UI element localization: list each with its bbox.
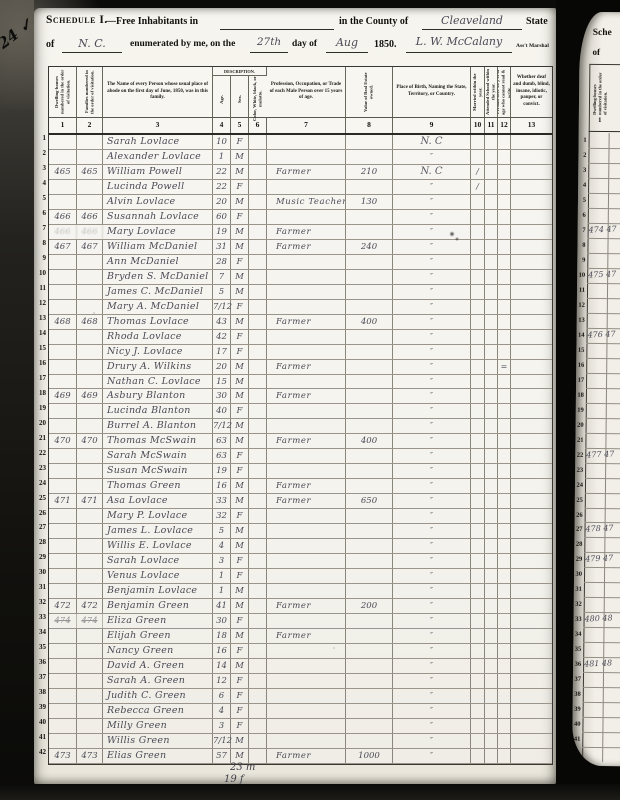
adjacent-margin-number-3: 3 [578, 167, 586, 174]
margin-row-number-24: 24 [34, 479, 46, 487]
census-row-38: Judith C. Green6F″ [49, 689, 552, 704]
dwelling-no [49, 509, 77, 523]
dwelling-no: 470 [49, 434, 77, 448]
margin-row-number-36: 36 [34, 658, 46, 666]
color-value [249, 494, 267, 508]
person-name: Sarah Lovlace [103, 554, 213, 568]
tally-males: 23 m [230, 762, 255, 773]
birthplace-value: ″ [393, 659, 471, 673]
adjacent-margin-number-38: 38 [573, 691, 581, 698]
occupation-value [267, 300, 346, 314]
adjacent-margin-number-29: 29 [574, 556, 582, 563]
occupation-value [267, 150, 346, 164]
birthplace-value: ″ [393, 734, 471, 748]
sex-value: M [231, 195, 249, 209]
color-value [249, 434, 267, 448]
margin-row-number-29: 29 [34, 553, 46, 561]
column-number-7: 7 [267, 118, 346, 133]
married-mark [471, 255, 485, 269]
adjacent-margin-number-11: 11 [577, 287, 585, 294]
remarks-value [511, 464, 552, 478]
adjacent-margin-number-16: 16 [576, 361, 584, 368]
birthplace-value: ″ [393, 270, 471, 284]
married-mark [471, 629, 485, 643]
family-no [77, 584, 103, 598]
dwelling-no [49, 629, 77, 643]
school-mark [485, 494, 498, 508]
header-color: Color, White, black, or mulatto. [249, 76, 267, 122]
school-mark [485, 734, 498, 748]
literacy-mark [498, 150, 511, 164]
age-value: 30 [213, 614, 231, 628]
occupation-value [267, 614, 346, 628]
person-name: Alexander Lovlace [103, 150, 213, 164]
month-handwritten: Aug [326, 36, 368, 49]
color-value [249, 225, 267, 239]
dwelling-no: 473 [49, 749, 77, 763]
census-row-25: 471471Asa Lovlace33MFarmer650″ [49, 494, 552, 509]
day-of-label: day of [292, 39, 317, 49]
married-mark [471, 285, 485, 299]
school-mark [485, 569, 498, 583]
occupation-value [267, 464, 346, 478]
remarks-value [511, 135, 552, 149]
census-row-3: 465465William Powell22MFarmer210N. C∕ [49, 165, 552, 180]
sex-value: M [231, 524, 249, 538]
literacy-mark [498, 195, 511, 209]
margin-row-number-3: 3 [34, 164, 46, 172]
dwelling-no [49, 449, 77, 463]
adjacent-row-line [588, 178, 620, 179]
adjacent-margin-number-25: 25 [575, 496, 583, 503]
color-value [249, 240, 267, 254]
header-remarks: Whether deaf and dumb, blind, insane, id… [511, 67, 552, 117]
header-families: Families numbered in the order of visita… [77, 67, 103, 117]
column-number-10: 10 [471, 118, 485, 133]
school-mark [485, 614, 498, 628]
birthplace-value: ″ [393, 210, 471, 224]
birthplace-value: ″ [393, 464, 471, 478]
remarks-value [511, 255, 552, 269]
remarks-value [511, 554, 552, 568]
person-name: Bryden S. McDaniel [103, 270, 213, 284]
color-value [249, 345, 267, 359]
header-school: Attended School within the year. [485, 67, 498, 117]
birthplace-value: ″ [393, 419, 471, 433]
family-no [77, 554, 103, 568]
adjacent-dwelling-entry: 475 47 [588, 269, 616, 279]
adjacent-page-sliver: Sche of Dwelling-houses numbered in the … [572, 12, 620, 766]
adjacent-of-word: of [592, 47, 600, 57]
occupation-value [267, 524, 346, 538]
age-value: 33 [213, 494, 231, 508]
real-estate-value [346, 464, 393, 478]
age-value: 1 [213, 584, 231, 598]
age-value: 57 [213, 749, 231, 763]
dwelling-no: 465 [49, 165, 77, 179]
dwelling-no [49, 464, 77, 478]
color-value [249, 270, 267, 284]
occupation-value [267, 689, 346, 703]
margin-row-number-5: 5 [34, 194, 46, 202]
person-name: Lucinda Blanton [103, 404, 213, 418]
header-birthplace: Place of Birth, Naming the State, Territ… [393, 67, 471, 117]
birthplace-value: N. C [393, 135, 471, 149]
remarks-value [511, 734, 552, 748]
sex-value: M [231, 599, 249, 613]
married-mark [471, 270, 485, 284]
sex-value: M [231, 494, 249, 508]
column-number-8: 8 [346, 118, 393, 133]
birthplace-value: ″ [393, 225, 471, 239]
color-value [249, 554, 267, 568]
family-no: 470 [77, 434, 103, 448]
age-value: 22 [213, 165, 231, 179]
adjacent-dwelling-entry: 477 47 [586, 449, 614, 459]
adjacent-margin-number-15: 15 [576, 346, 584, 353]
sex-value: M [231, 240, 249, 254]
census-row-27: James L. Lovlace5M″ [49, 524, 552, 539]
literacy-mark [498, 689, 511, 703]
sex-value: M [231, 285, 249, 299]
real-estate-value [346, 509, 393, 523]
census-row-30: Venus Lovlace1F″ [49, 569, 552, 584]
family-no [77, 404, 103, 418]
dwelling-no [49, 375, 77, 389]
age-value: 32 [213, 509, 231, 523]
scan-left-margin [0, 0, 34, 800]
family-no [77, 644, 103, 658]
family-no [77, 464, 103, 478]
census-row-10: Bryden S. McDaniel7M″ [49, 270, 552, 285]
occupation-value: Farmer [267, 165, 346, 179]
county-of-label: in the County of [339, 16, 408, 27]
occupation-value: Farmer [267, 629, 346, 643]
birthplace-value: ″ [393, 375, 471, 389]
sex-value: F [231, 509, 249, 523]
sex-value: F [231, 180, 249, 194]
age-value: 42 [213, 330, 231, 344]
census-row-5: Alvin Lovlace20MMusic Teacher130″ [49, 195, 552, 210]
birthplace-value: ″ [393, 509, 471, 523]
family-no [77, 300, 103, 314]
real-estate-value [346, 449, 393, 463]
birthplace-value: ″ [393, 749, 471, 763]
person-name: Asa Lovlace [103, 494, 213, 508]
literacy-mark [498, 345, 511, 359]
real-estate-value [346, 704, 393, 718]
census-row-20: Burrel A. Blanton7/12M″ [49, 419, 552, 434]
dwelling-no: 466 [49, 225, 77, 239]
adjacent-dwelling-entry: 480 48 [584, 614, 612, 624]
adjacent-margin-number-33: 33 [574, 616, 582, 623]
adjacent-margin-number-9: 9 [577, 257, 585, 264]
age-value: 16 [213, 644, 231, 658]
sex-value: F [231, 255, 249, 269]
literacy-mark [498, 659, 511, 673]
margin-row-number-13: 13 [34, 314, 46, 322]
margin-row-number-12: 12 [34, 299, 46, 307]
literacy-mark [498, 479, 511, 493]
color-value [249, 674, 267, 688]
census-row-18: 469469Asbury Blanton30MFarmer″ [49, 389, 552, 404]
real-estate-value [346, 719, 393, 733]
occupation-value [267, 674, 346, 688]
real-estate-value [346, 255, 393, 269]
remarks-value [511, 270, 552, 284]
adjacent-row-line [586, 432, 620, 433]
sex-value: F [231, 554, 249, 568]
married-mark [471, 644, 485, 658]
occupation-value [267, 180, 346, 194]
family-no: 468 [77, 315, 103, 329]
dwelling-no [49, 734, 77, 748]
family-no [77, 704, 103, 718]
census-row-41: Willis Green7/12M″ [49, 734, 552, 749]
adjacent-margin-number-39: 39 [573, 706, 581, 713]
color-value [249, 539, 267, 553]
literacy-mark [498, 629, 511, 643]
census-row-22: Sarah McSwain63F″ [49, 449, 552, 464]
real-estate-value [346, 524, 393, 538]
census-row-35: Nancy Green16F″ [49, 644, 552, 659]
census-row-8: 467467William McDaniel31MFarmer240″ [49, 240, 552, 255]
occupation-value [267, 449, 346, 463]
occupation-value: Farmer [267, 389, 346, 403]
family-no: 469 [77, 389, 103, 403]
person-name: Willis Green [103, 734, 213, 748]
married-mark [471, 345, 485, 359]
adjacent-margin-number-18: 18 [576, 391, 584, 398]
family-no [77, 539, 103, 553]
color-value [249, 644, 267, 658]
family-no [77, 509, 103, 523]
birthplace-value: ″ [393, 315, 471, 329]
remarks-value [511, 404, 552, 418]
birthplace-value: ″ [393, 584, 471, 598]
family-no [77, 150, 103, 164]
adjacent-row-line [588, 208, 620, 209]
adjacent-row-line [583, 702, 620, 703]
married-mark [471, 584, 485, 598]
adjacent-margin-number-36: 36 [573, 661, 581, 668]
age-value: 12 [213, 674, 231, 688]
literacy-mark [498, 704, 511, 718]
remarks-value [511, 659, 552, 673]
person-name: Milly Green [103, 719, 213, 733]
age-value: 3 [213, 719, 231, 733]
adjacent-row-line [586, 373, 620, 374]
day-handwritten: 27th [250, 36, 288, 48]
adjacent-margin-number-12: 12 [577, 302, 585, 309]
school-mark [485, 524, 498, 538]
remarks-value [511, 719, 552, 733]
dwelling-no [49, 584, 77, 598]
adjacent-margin-number-26: 26 [575, 511, 583, 518]
family-no [77, 270, 103, 284]
color-value [249, 569, 267, 583]
person-name: Mary Lovlace [103, 225, 213, 239]
color-value [249, 719, 267, 733]
adjacent-margin-number-30: 30 [574, 571, 582, 578]
family-no [77, 419, 103, 433]
literacy-mark [498, 434, 511, 448]
married-mark [471, 300, 485, 314]
header-dwelling: Dwelling-houses numbered in the order of… [49, 67, 77, 117]
married-mark [471, 554, 485, 568]
age-value: 41 [213, 599, 231, 613]
census-row-2: Alexander Lovlace1M″ [49, 150, 552, 165]
school-mark [485, 285, 498, 299]
adjacent-row-line [582, 732, 620, 733]
census-row-34: Elijah Green18MFarmer″ [49, 629, 552, 644]
family-no [77, 330, 103, 344]
margin-row-number-20: 20 [34, 419, 46, 427]
person-name: David A. Green [103, 659, 213, 673]
age-value: 63 [213, 449, 231, 463]
dwelling-no [49, 704, 77, 718]
literacy-mark [498, 494, 511, 508]
age-value: 15 [213, 375, 231, 389]
remarks-value [511, 599, 552, 613]
census-row-6: 466466Susannah Lovlace60F″ [49, 210, 552, 225]
age-value: 7/12 [213, 419, 231, 433]
remarks-value [511, 360, 552, 374]
birthplace-value: ″ [393, 644, 471, 658]
person-name: Drury A. Wilkins [103, 360, 213, 374]
dwelling-no [49, 150, 77, 164]
real-estate-value [346, 479, 393, 493]
school-mark [485, 629, 498, 643]
literacy-mark [498, 539, 511, 553]
adjacent-heavy-rule [589, 131, 620, 132]
adjacent-row-line [585, 477, 620, 478]
occupation-value [267, 270, 346, 284]
literacy-mark [498, 524, 511, 538]
adjacent-row-line [583, 642, 620, 643]
census-row-42: 473473Elias Green57MFarmer1000″ [49, 749, 552, 764]
dwelling-no [49, 539, 77, 553]
person-name: Rhoda Lovlace [103, 330, 213, 344]
sex-value: M [231, 479, 249, 493]
color-value [249, 659, 267, 673]
literacy-mark [498, 255, 511, 269]
real-estate-value [346, 285, 393, 299]
dwelling-no [49, 360, 77, 374]
occupation-value [267, 509, 346, 523]
literacy-mark [498, 614, 511, 628]
census-row-31: Benjamin Lovlace1M″ [49, 584, 552, 599]
column-number-row: 12345678910111213 [49, 118, 552, 135]
age-value: 30 [213, 389, 231, 403]
margin-row-number-22: 22 [34, 449, 46, 457]
birthplace-value: ″ [393, 449, 471, 463]
occupation-value [267, 584, 346, 598]
birthplace-value: ″ [393, 345, 471, 359]
school-mark [485, 674, 498, 688]
person-name: Venus Lovlace [103, 569, 213, 583]
real-estate-value [346, 375, 393, 389]
married-mark [471, 404, 485, 418]
school-mark [485, 270, 498, 284]
remarks-value [511, 419, 552, 433]
page-gutter: Sche of Dwelling-houses numbered in the … [556, 0, 620, 800]
remarks-value [511, 479, 552, 493]
adjacent-margin-number-20: 20 [576, 421, 584, 428]
sex-value: F [231, 644, 249, 658]
age-value: 14 [213, 659, 231, 673]
literacy-mark [498, 180, 511, 194]
sex-value: F [231, 210, 249, 224]
occupation-value [267, 704, 346, 718]
adjacent-margin-number-31: 31 [574, 586, 582, 593]
occupation-value: Farmer [267, 360, 346, 374]
family-no: 467 [77, 240, 103, 254]
real-estate-value [346, 659, 393, 673]
column-number-13: 13 [511, 118, 552, 133]
birthplace-value: ″ [393, 524, 471, 538]
census-row-1: Sarah Lovlace10FN. C [49, 135, 552, 150]
dwelling-no [49, 419, 77, 433]
column-number-4: 4 [213, 118, 231, 133]
person-name: Mary P. Lovlace [103, 509, 213, 523]
census-row-14: Rhoda Lovlace42F″ [49, 330, 552, 345]
school-mark [485, 704, 498, 718]
person-name: Thomas Green [103, 479, 213, 493]
color-value [249, 315, 267, 329]
dwelling-no: 471 [49, 494, 77, 508]
sex-value: M [231, 629, 249, 643]
dwelling-no [49, 300, 77, 314]
dwelling-no [49, 719, 77, 733]
adjacent-row-line [587, 313, 620, 314]
married-mark [471, 195, 485, 209]
sex-value: F [231, 674, 249, 688]
census-row-39: Rebecca Green4F″ [49, 704, 552, 719]
real-estate-value [346, 135, 393, 149]
occupation-value [267, 554, 346, 568]
adjacent-row-line [587, 298, 620, 299]
real-estate-value [346, 674, 393, 688]
person-name: Elias Green [103, 749, 213, 763]
birthplace-value: ″ [393, 569, 471, 583]
real-estate-value [346, 584, 393, 598]
state-word: State [526, 16, 548, 27]
person-name: Nathan C. Lovlace [103, 375, 213, 389]
family-no [77, 719, 103, 733]
married-mark: ∕ [471, 165, 485, 179]
margin-row-number-15: 15 [34, 344, 46, 352]
person-name: Thomas McSwain [103, 434, 213, 448]
color-value [249, 734, 267, 748]
school-mark [485, 135, 498, 149]
dwelling-no [49, 285, 77, 299]
occupation-value: Farmer [267, 434, 346, 448]
age-value: 16 [213, 479, 231, 493]
remarks-value [511, 150, 552, 164]
census-row-9: Ann McDaniel28F″ [49, 255, 552, 270]
family-no [77, 659, 103, 673]
header-description-group: DESCRIPTION. Age. Sex. Color, White, bla… [213, 67, 267, 117]
school-mark [485, 584, 498, 598]
margin-row-number-8: 8 [34, 239, 46, 247]
adjacent-dwelling-entry: 478 47 [585, 524, 613, 534]
birthplace-value: N. C [393, 165, 471, 179]
color-value [249, 629, 267, 643]
dwelling-no [49, 644, 77, 658]
census-row-11: James C. McDaniel5M″ [49, 285, 552, 300]
dwelling-no [49, 345, 77, 359]
